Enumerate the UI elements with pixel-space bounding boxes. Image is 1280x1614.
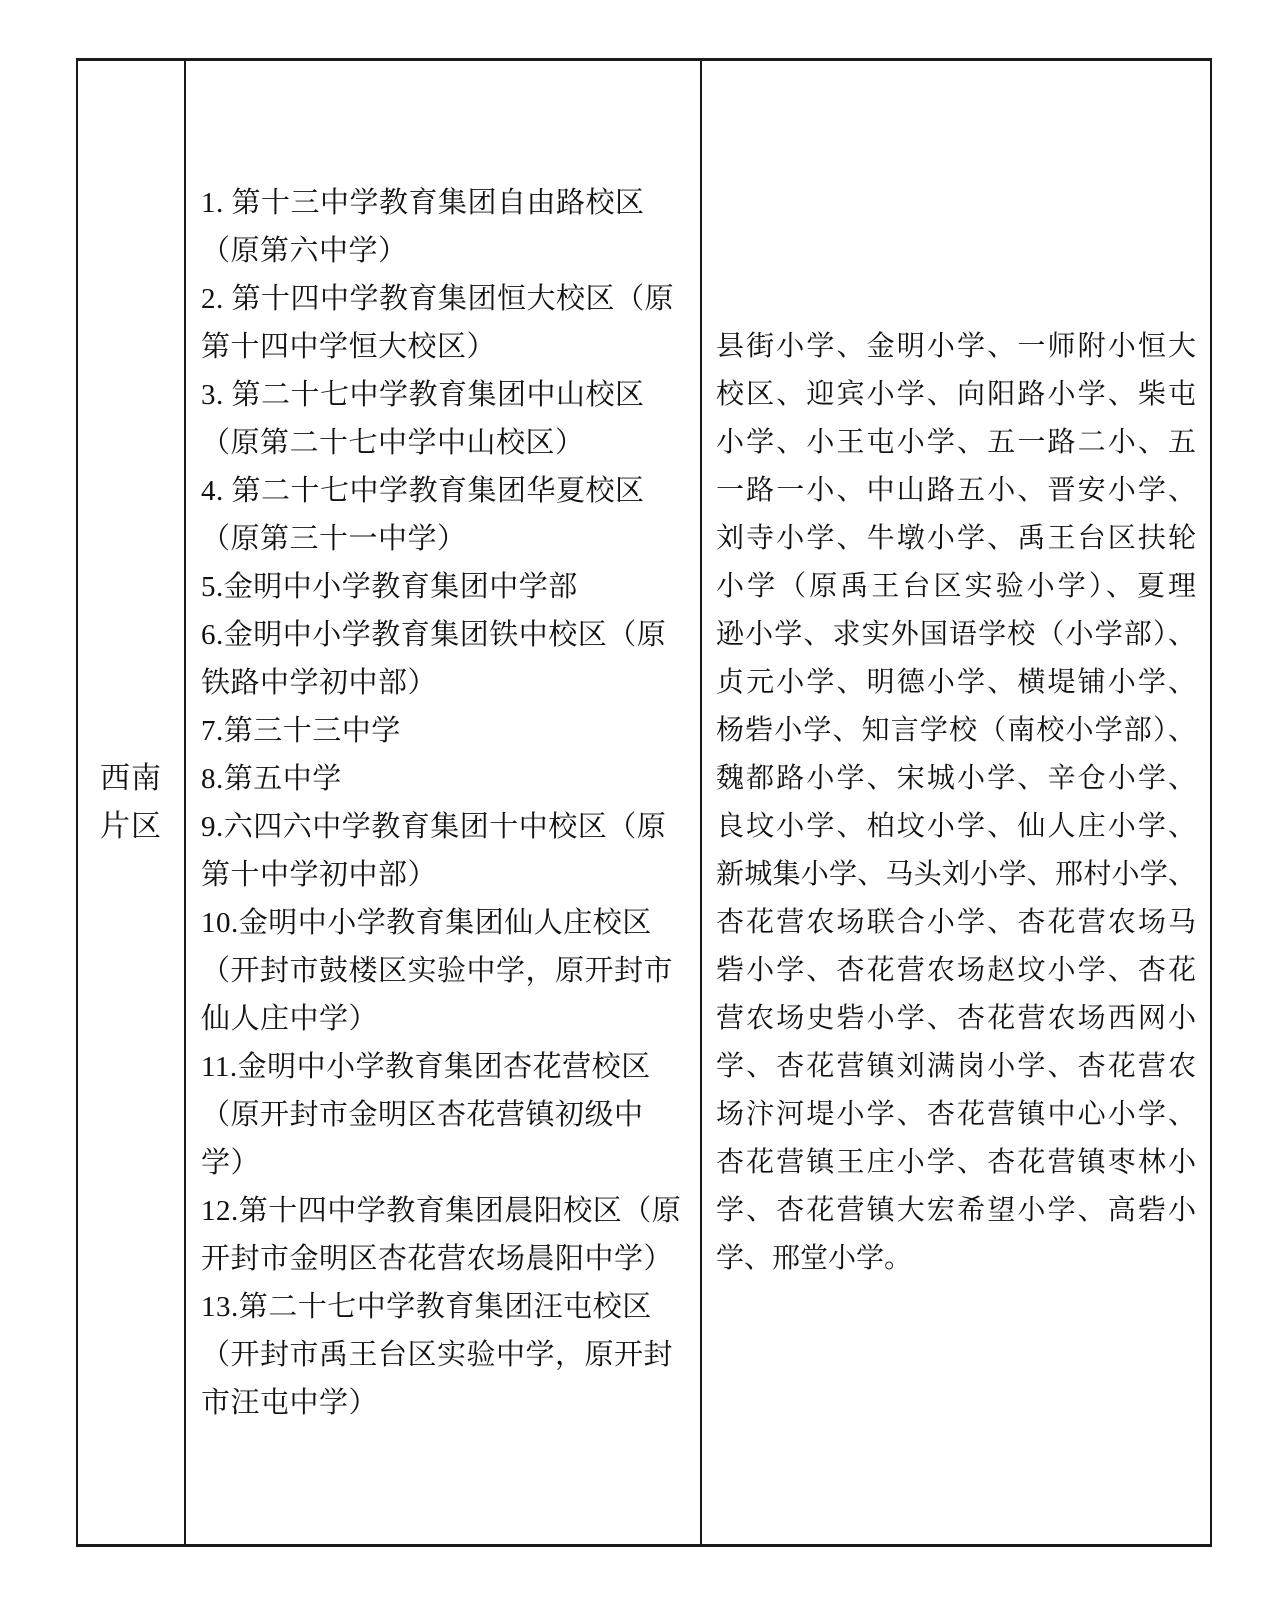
middle-schools-cell: 1. 第十三中学教育集团自由路校区（原第六中学）2. 第十四中学教育集团恒大校区… xyxy=(184,61,700,1544)
primary-school-line: 逊小学、求实外国语学校（小学部）、 xyxy=(716,611,1196,659)
district-label-line: 片区 xyxy=(100,803,162,851)
middle-school-line: 5.金明中小学教育集团中学部 xyxy=(201,563,692,611)
middle-school-line: 9.六四六中学教育集团十中校区（原 xyxy=(201,803,692,851)
middle-school-line: 10.金明中小学教育集团仙人庄校区 xyxy=(201,899,692,947)
primary-school-line: 良坟小学、柏坟小学、仙人庄小学、 xyxy=(716,803,1196,851)
primary-school-line: 场汴河堤小学、杏花营镇中心小学、 xyxy=(716,1091,1196,1139)
middle-school-line: 6.金明中小学教育集团铁中校区（原 xyxy=(201,611,692,659)
middle-school-line: 3. 第二十七中学教育集团中山校区 xyxy=(201,371,692,419)
middle-school-line: 仙人庄中学） xyxy=(201,995,692,1043)
middle-school-line: （原第三十一中学） xyxy=(201,515,692,563)
middle-schools-list: 1. 第十三中学教育集团自由路校区（原第六中学）2. 第十四中学教育集团恒大校区… xyxy=(201,179,692,1427)
primary-school-line: 刘寺小学、牛墩小学、禹王台区扶轮 xyxy=(716,515,1196,563)
middle-school-line: （原开封市金明区杏花营镇初级中 xyxy=(201,1091,692,1139)
middle-school-line: 第十四中学恒大校区） xyxy=(201,323,692,371)
primary-school-line: 校区、迎宾小学、向阳路小学、柴屯 xyxy=(716,371,1196,419)
middle-school-line: （开封市禹王台区实验中学，原开封 xyxy=(201,1331,692,1379)
primary-school-line: 砦小学、杏花营农场赵坟小学、杏花 xyxy=(716,947,1196,995)
middle-school-line: 13.第二十七中学教育集团汪屯校区 xyxy=(201,1283,692,1331)
primary-schools-list: 县街小学、金明小学、一师附小恒大校区、迎宾小学、向阳路小学、柴屯小学、小王屯小学… xyxy=(716,323,1196,1283)
middle-school-line: 开封市金明区杏花营农场晨阳中学） xyxy=(201,1235,692,1283)
middle-school-line: 1. 第十三中学教育集团自由路校区 xyxy=(201,179,692,227)
primary-school-line: 营农场史砦小学、杏花营农场西网小 xyxy=(716,995,1196,1043)
primary-school-line: 学、邢堂小学。 xyxy=(716,1235,1196,1283)
middle-school-line: 8.第五中学 xyxy=(201,755,692,803)
district-label: 西南片区 xyxy=(100,755,162,851)
middle-school-line: 4. 第二十七中学教育集团华夏校区 xyxy=(201,467,692,515)
middle-school-line: 12.第十四中学教育集团晨阳校区（原 xyxy=(201,1187,692,1235)
school-district-table: 西南片区 1. 第十三中学教育集团自由路校区（原第六中学）2. 第十四中学教育集… xyxy=(76,58,1212,1547)
middle-school-line: 学） xyxy=(201,1139,692,1187)
primary-school-line: 学、杏花营镇大宏希望小学、高砦小 xyxy=(716,1187,1196,1235)
primary-school-line: 小学、小王屯小学、五一路二小、五 xyxy=(716,419,1196,467)
middle-school-line: （原第二十七中学中山校区） xyxy=(201,419,692,467)
primary-school-line: 小学（原禹王台区实验小学）、夏理 xyxy=(716,563,1196,611)
middle-school-line: 第十中学初中部） xyxy=(201,851,692,899)
primary-schools-cell: 县街小学、金明小学、一师附小恒大校区、迎宾小学、向阳路小学、柴屯小学、小王屯小学… xyxy=(700,61,1210,1544)
middle-school-line: 7.第三十三中学 xyxy=(201,707,692,755)
district-cell: 西南片区 xyxy=(78,61,184,1544)
primary-school-line: 贞元小学、明德小学、横堤铺小学、 xyxy=(716,659,1196,707)
primary-school-line: 杏花营镇王庄小学、杏花营镇枣林小 xyxy=(716,1139,1196,1187)
district-label-line: 西南 xyxy=(100,755,162,803)
middle-school-line: （开封市鼓楼区实验中学，原开封市 xyxy=(201,947,692,995)
middle-school-line: 2. 第十四中学教育集团恒大校区（原 xyxy=(201,275,692,323)
primary-school-line: 一路一小、中山路五小、晋安小学、 xyxy=(716,467,1196,515)
middle-school-line: 11.金明中小学教育集团杏花营校区 xyxy=(201,1043,692,1091)
primary-school-line: 学、杏花营镇刘满岗小学、杏花营农 xyxy=(716,1043,1196,1091)
primary-school-line: 杨砦小学、知言学校（南校小学部）、 xyxy=(716,707,1196,755)
primary-school-line: 魏都路小学、宋城小学、辛仓小学、 xyxy=(716,755,1196,803)
primary-school-line: 新城集小学、马头刘小学、邢村小学、 xyxy=(716,851,1196,899)
middle-school-line: 市汪屯中学） xyxy=(201,1379,692,1427)
middle-school-line: 铁路中学初中部） xyxy=(201,659,692,707)
primary-school-line: 杏花营农场联合小学、杏花营农场马 xyxy=(716,899,1196,947)
primary-school-line: 县街小学、金明小学、一师附小恒大 xyxy=(716,323,1196,371)
middle-school-line: （原第六中学） xyxy=(201,227,692,275)
